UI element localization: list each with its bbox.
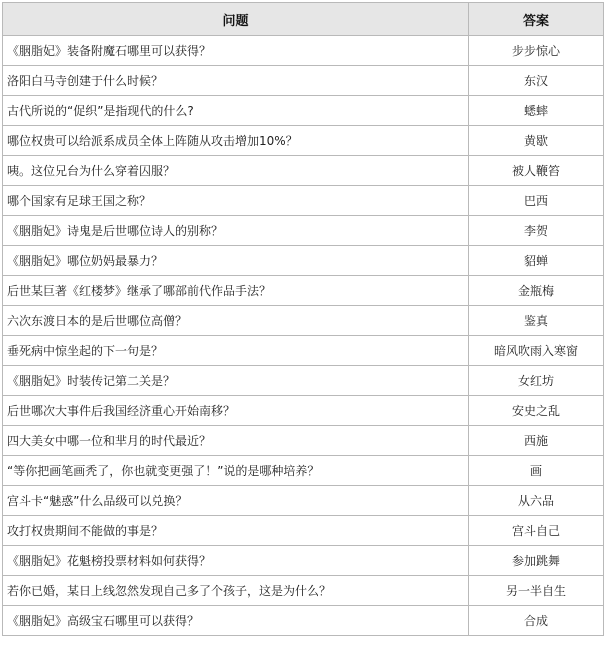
question-cell: 《胭脂妃》时装传记第二关是？: [3, 366, 469, 396]
table-row: 垂死病中惊坐起的下一句是？暗风吹雨入寒窗: [3, 336, 604, 366]
table-row: 攻打权贵期间不能做的事是？宫斗自己: [3, 516, 604, 546]
answer-cell: 李贺: [469, 216, 604, 246]
question-cell: 六次东渡日本的是后世哪位高僧？: [3, 306, 469, 336]
answer-cell: 画: [469, 456, 604, 486]
question-cell: 后世某巨著《红楼梦》继承了哪部前代作品手法？: [3, 276, 469, 306]
answer-cell: 宫斗自己: [469, 516, 604, 546]
question-cell: 咦。这位兄台为什么穿着囚服？: [3, 156, 469, 186]
table-row: 哪位权贵可以给派系成员全体上阵随从攻击增加10%？黄歇: [3, 126, 604, 156]
answer-cell: 黄歇: [469, 126, 604, 156]
answer-cell: 暗风吹雨入寒窗: [469, 336, 604, 366]
answer-cell: 从六品: [469, 486, 604, 516]
answer-cell: 另一半自生: [469, 576, 604, 606]
table-row: 四大美女中哪一位和芈月的时代最近？西施: [3, 426, 604, 456]
question-cell: 攻打权贵期间不能做的事是？: [3, 516, 469, 546]
table-row: 《胭脂妃》装备附魔石哪里可以获得？步步惊心: [3, 36, 604, 66]
question-cell: 《胭脂妃》高级宝石哪里可以获得？: [3, 606, 469, 636]
table-row: “等你把画笔画秃了，你也就变更强了！”说的是哪种培养？画: [3, 456, 604, 486]
table-row: 《胭脂妃》时装传记第二关是？女红坊: [3, 366, 604, 396]
table-row: 洛阳白马寺创建于什么时候？东汉: [3, 66, 604, 96]
table-row: 咦。这位兄台为什么穿着囚服？被人鞭笞: [3, 156, 604, 186]
answer-column-header: 答案: [469, 3, 604, 36]
table-row: 后世某巨著《红楼梦》继承了哪部前代作品手法？金瓶梅: [3, 276, 604, 306]
table-row: 《胭脂妃》花魁榜投票材料如何获得？参加跳舞: [3, 546, 604, 576]
question-cell: 《胭脂妃》诗鬼是后世哪位诗人的别称？: [3, 216, 469, 246]
question-cell: 若你已婚，某日上线忽然发现自己多了个孩子，这是为什么？: [3, 576, 469, 606]
answer-cell: 蟋蟀: [469, 96, 604, 126]
qa-table: 问题 答案 《胭脂妃》装备附魔石哪里可以获得？步步惊心洛阳白马寺创建于什么时候？…: [2, 2, 604, 636]
question-cell: 《胭脂妃》花魁榜投票材料如何获得？: [3, 546, 469, 576]
table-body: 《胭脂妃》装备附魔石哪里可以获得？步步惊心洛阳白马寺创建于什么时候？东汉古代所说…: [3, 36, 604, 636]
table-row: 《胭脂妃》诗鬼是后世哪位诗人的别称？李贺: [3, 216, 604, 246]
table-row: 六次东渡日本的是后世哪位高僧？鉴真: [3, 306, 604, 336]
table-row: 宫斗卡“魅惑”什么品级可以兑换？从六品: [3, 486, 604, 516]
table-row: 后世哪次大事件后我国经济重心开始南移？安史之乱: [3, 396, 604, 426]
answer-cell: 步步惊心: [469, 36, 604, 66]
answer-cell: 鉴真: [469, 306, 604, 336]
table-row: 《胭脂妃》哪位奶妈最暴力？貂蝉: [3, 246, 604, 276]
table-row: 若你已婚，某日上线忽然发现自己多了个孩子，这是为什么？另一半自生: [3, 576, 604, 606]
answer-cell: 合成: [469, 606, 604, 636]
table-header-row: 问题 答案: [3, 3, 604, 36]
question-cell: 古代所说的“促织”是指现代的什么?: [3, 96, 469, 126]
question-cell: 垂死病中惊坐起的下一句是？: [3, 336, 469, 366]
table-row: 《胭脂妃》高级宝石哪里可以获得？合成: [3, 606, 604, 636]
table-row: 哪个国家有足球王国之称？巴西: [3, 186, 604, 216]
answer-cell: 西施: [469, 426, 604, 456]
question-cell: 哪个国家有足球王国之称？: [3, 186, 469, 216]
answer-cell: 安史之乱: [469, 396, 604, 426]
answer-cell: 被人鞭笞: [469, 156, 604, 186]
question-cell: 《胭脂妃》哪位奶妈最暴力？: [3, 246, 469, 276]
question-cell: 洛阳白马寺创建于什么时候？: [3, 66, 469, 96]
answer-cell: 巴西: [469, 186, 604, 216]
answer-cell: 参加跳舞: [469, 546, 604, 576]
question-cell: 后世哪次大事件后我国经济重心开始南移？: [3, 396, 469, 426]
question-cell: “等你把画笔画秃了，你也就变更强了！”说的是哪种培养？: [3, 456, 469, 486]
question-cell: 宫斗卡“魅惑”什么品级可以兑换？: [3, 486, 469, 516]
answer-cell: 东汉: [469, 66, 604, 96]
question-cell: 四大美女中哪一位和芈月的时代最近？: [3, 426, 469, 456]
answer-cell: 貂蝉: [469, 246, 604, 276]
question-cell: 《胭脂妃》装备附魔石哪里可以获得？: [3, 36, 469, 66]
answer-cell: 女红坊: [469, 366, 604, 396]
question-column-header: 问题: [3, 3, 469, 36]
question-cell: 哪位权贵可以给派系成员全体上阵随从攻击增加10%？: [3, 126, 469, 156]
answer-cell: 金瓶梅: [469, 276, 604, 306]
table-row: 古代所说的“促织”是指现代的什么?蟋蟀: [3, 96, 604, 126]
